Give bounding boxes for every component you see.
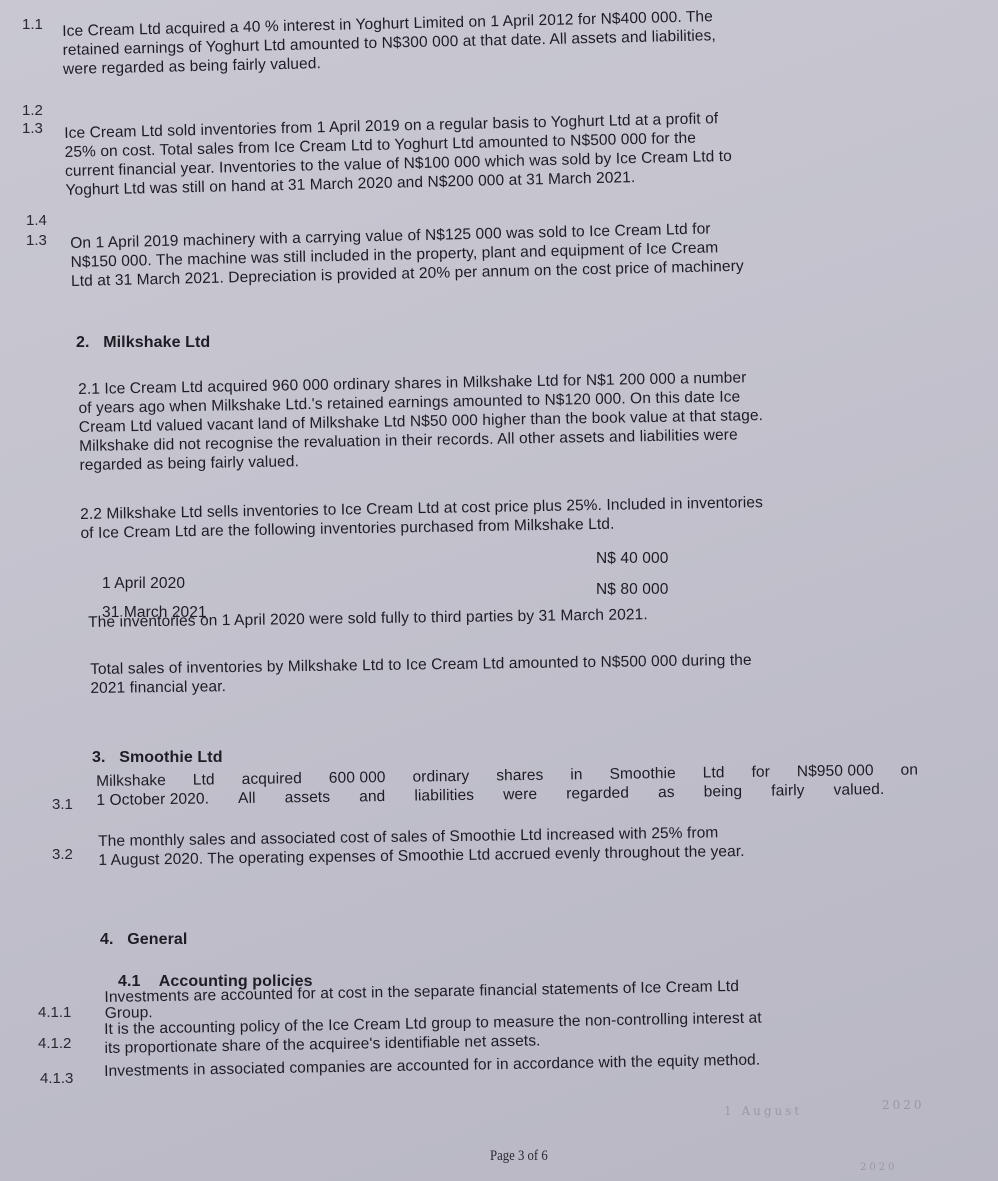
section-heading-smoothie: 3. Smoothie Ltd [92,748,223,767]
inventory-amount: N$ 80 000 [596,580,668,599]
word: Ltd [193,770,215,789]
word: were [503,785,537,804]
paragraph-1-3b: On 1 April 2019 machinery with a carryin… [70,219,744,291]
paragraph-1-3: Ice Cream Ltd sold inventories from 1 Ap… [64,109,733,200]
word: 1 October 2020. [96,789,209,810]
word: N$950 000 [797,761,874,781]
word: and [359,787,385,806]
item-number: 1.3 [22,120,43,137]
inventory-amount: N$ 40 000 [596,549,668,568]
word: valued. [833,780,884,800]
word: being [704,782,743,802]
item-number: 3.2 [52,846,73,863]
word: Milkshake [96,771,166,791]
item-number: 1.1 [22,16,43,33]
word: as [658,783,675,802]
word: regarded [566,784,629,804]
inventory-date: 1 April 2020 [102,574,185,593]
word: fairly [771,781,805,800]
word: liabilities [414,786,474,806]
handwriting-bleed-through: 2020 [860,1162,897,1173]
page-number: Page 3 of 6 [490,1148,548,1165]
document-page: 1.1 Ice Cream Ltd acquired a 40 % intere… [0,0,998,1181]
paragraph-1-1: Ice Cream Ltd acquired a 40 % interest i… [62,7,716,79]
paragraph-2-1: 2.1 Ice Cream Ltd acquired 960 000 ordin… [78,368,764,475]
item-number: 3.1 [52,796,73,813]
word: assets [285,788,331,808]
item-number: 4.1.1 [38,1004,71,1021]
word: ordinary [412,767,469,787]
item-number: 4.1.2 [38,1035,71,1052]
note-total-sales: Total sales of inventories by Milkshake … [90,651,752,698]
word: Smoothie [609,764,676,784]
word: shares [496,766,543,786]
paragraph-3-1: MilkshakeLtdacquired600 000ordinaryshare… [96,761,918,810]
word: 600 000 [329,768,386,788]
handwriting-bleed-through: 2020 [882,1098,925,1112]
handwriting-bleed-through: 1 August [724,1104,802,1118]
word: for [751,763,770,782]
paragraph-2-2: 2.2 Milkshake Ltd sells inventories to I… [80,493,763,543]
paragraph-3-2: The monthly sales and associated cost of… [98,823,745,870]
word: in [570,765,583,784]
word: Ltd [703,763,725,782]
word: on [900,761,918,780]
item-number: 1.4 [26,212,47,229]
item-number: 4.1.3 [40,1070,73,1087]
section-heading-general: 4. General [100,930,187,949]
word: acquired [242,769,303,789]
word: All [238,789,256,808]
section-heading-milkshake: 2. Milkshake Ltd [76,333,210,352]
item-number: 1.3 [26,232,47,249]
item-number: 1.2 [22,102,43,119]
